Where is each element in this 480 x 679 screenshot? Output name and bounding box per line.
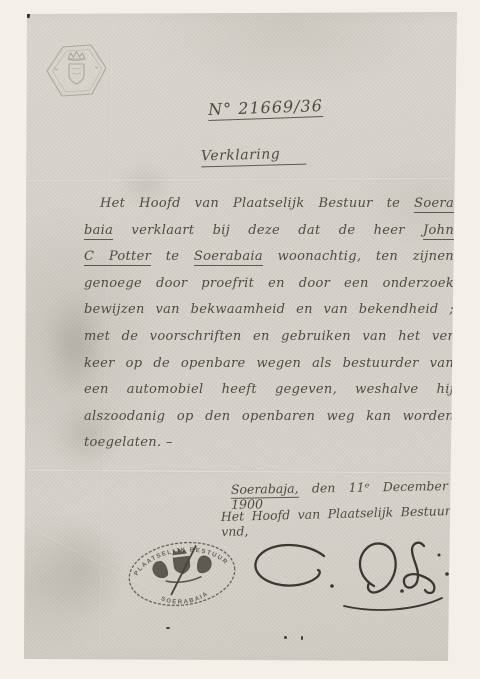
- body-line: bewijzen van bekwaamheid en van bekendhe…: [84, 297, 454, 324]
- body-line: een automobiel heeft gegeven, weshalve h…: [84, 377, 454, 404]
- body-text: Het Hoofd van Plaatselijk Bestuur te: [100, 196, 414, 211]
- body-text: verklaart bij deze dat de heer: [113, 223, 423, 238]
- underlined-word: John: [423, 223, 454, 240]
- ink-speck: [166, 627, 170, 629]
- document-number: N° 21669/36: [198, 96, 334, 120]
- underlined-word: Soera: [414, 196, 454, 213]
- document-number-text: N° 21669/36: [208, 96, 323, 121]
- signature: [246, 534, 458, 618]
- body-line: baia verklaart bij deze dat de heer John: [84, 218, 454, 245]
- underlined-word: baia: [84, 223, 113, 240]
- ink-speck: [301, 636, 303, 640]
- document-photo: N° 21669/36 Verklaring Het Hoofd van Pla…: [0, 0, 480, 679]
- body-line: genoege door proefrit en door een onderz…: [84, 271, 454, 298]
- body-line: keer op de openbare wegen als bestuurder…: [84, 351, 454, 378]
- body-line: Het Hoofd van Plaatselijk Bestuur te Soe…: [84, 191, 454, 218]
- document-title-text: Verklaring: [201, 146, 307, 168]
- body-line: toegelaten. –: [84, 430, 454, 457]
- body-line: met de voorschriften en gebruiken van he…: [84, 324, 454, 351]
- body-text: te: [151, 249, 194, 264]
- body-line: alszoodanig op den openbaren weg kan wor…: [84, 404, 454, 431]
- body-text: woonachtig, ten zijnen: [263, 249, 454, 264]
- document-body: Het Hoofd van Plaatselijk Bestuur te Soe…: [84, 191, 454, 457]
- body-line: C Potter te Soerabaia woonachtig, ten zi…: [84, 244, 454, 271]
- official-stamp-icon: PLAATSELIJK BESTUUR SOERABAIA: [119, 532, 245, 616]
- embossed-seal-icon: [40, 40, 112, 102]
- underlined-word: C Potter: [84, 249, 151, 266]
- underlined-word: Soerabaia: [194, 249, 263, 266]
- ink-speck: [284, 636, 287, 639]
- document-title: Verklaring: [201, 146, 307, 165]
